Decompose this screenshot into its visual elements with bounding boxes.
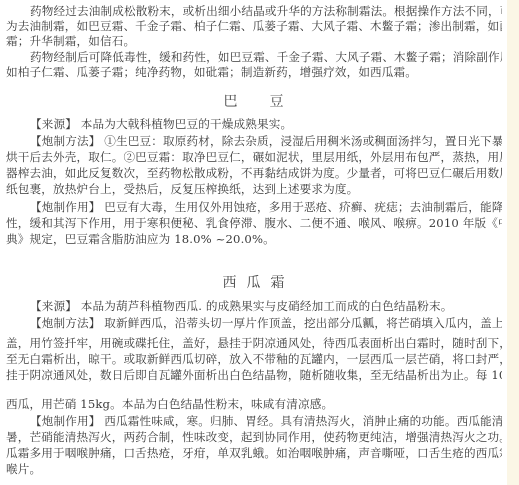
xgs-method-line: 盖，用竹签扦牢，用碗或碟托住，盖好，悬挂于阴凉通风处，待西瓜表面析出白霜时，随时… [6,336,502,351]
intro-p1-line: 为去油制霜，如巴豆霜、千金子霜、柏子仁霜、瓜蒌子霜、大风子霜、木鳖子霜；渗出制霜… [6,19,502,34]
intro-p1-line: 霜；升华制霜，如信石。 [6,34,502,49]
xgs-effect-line: 喉片。 [6,462,502,477]
badou-effect-line: 【炮制作用】 巴豆有大毒，生用仅外用蚀疮，多用于恶疮、疥癣、疣痣；去油制霜后，能… [30,200,502,215]
xgs-effect-line: 暑，芒硝能清热泻火，两药合制，性味改变，起到协同作用，使药物更纯洁，增强清热泻火… [6,430,502,445]
book-page: 药物经过去油制成松散粉末，或析出细小结晶或升华的方法称制霜法。根据操作方法不同，… [0,0,507,485]
xgs-method-line: 挂于阴凉通风处，数日后即自瓦罐外面析出白色结晶物，随析随收集，至无结晶析出为止。… [6,368,502,383]
page-edge-strip [507,0,519,485]
xgs-method-line: 【炮制方法】 取新鲜西瓜，沿蒂头切一厚片作顶盖，挖出部分瓜瓤，将芒硝填入瓜内，盖… [30,316,502,331]
intro-p2-line: 药物经制后可降低毒性，缓和药性，如巴豆霜、千金子霜、大风子霜、木鳖子霜；消除副作… [30,50,502,65]
badou-effect-line: 典》规定，巴豆霜含脂肪油应为 18.0% ~20.0%。 [6,232,502,247]
intro-p2-line: 如柏子仁霜、瓜蒌子霜；纯净药物，如砒霜；制造新药，增强疗效，如西瓜霜。 [6,65,502,80]
badou-method-line: 纸包裹，放热炉台上，受热后，反复压榨换纸，达到上述要求为度。 [6,182,502,197]
intro-p1-line: 药物经过去油制成松散粉末，或析出细小结晶或升华的方法称制霜法。根据操作方法不同，… [30,4,502,19]
xgs-method-line: 至无白霜析出，晾干。或取新鲜西瓜切碎，放入不带釉的瓦罐内，一层西瓜一层芒硝，将口… [6,352,502,367]
xgs-effect-line: 瓜霜多用于咽喉肿痛，口舌热疮，牙疳，单双乳蛾。如治咽喉肿痛，声音嘶哑，口舌生疮的… [6,446,502,461]
badou-source: 【来源】 本品为大戟科植物巴豆的干燥成熟果实。 [30,117,502,132]
section-title-xiguashuang: 西瓜霜 [0,274,507,292]
badou-method-line: 【炮制方法】 ①生巴豆：取原药材，除去杂质，浸湿后用稠米汤或稠面汤拌匀，置日光下… [30,134,502,149]
xgs-method-line: 西瓜，用芒硝 15kg。本品为白色结晶性粉末，味咸有清凉感。 [6,397,502,412]
xgs-source: 【来源】 本品为葫芦科植物西瓜. 的成熟果实与皮硝经加工而成的白色结晶粉末。 [30,299,502,314]
xgs-effect-line: 【炮制作用】 西瓜霜性味咸，寒。归肺、胃经。具有清热泻火，消肿止痛的功能。西瓜能… [30,414,502,429]
badou-method-line: 烘干后去外壳，取仁。②巴豆霜：取净巴豆仁，碾如泥状，里层用纸，外层用布包严，蒸热… [6,150,502,165]
badou-effect-line: 性，缓和其泻下作用，用于寒积便秘、乳食停滞、腹水、二便不通、喉风、喉痹。2010… [6,216,502,231]
section-title-badou: 巴豆 [0,93,507,111]
badou-method-line: 器榨去油，如此反复数次，至药物松散成粉，不再黏结成饼为度。少量者，可将巴豆仁碾后… [6,166,502,181]
